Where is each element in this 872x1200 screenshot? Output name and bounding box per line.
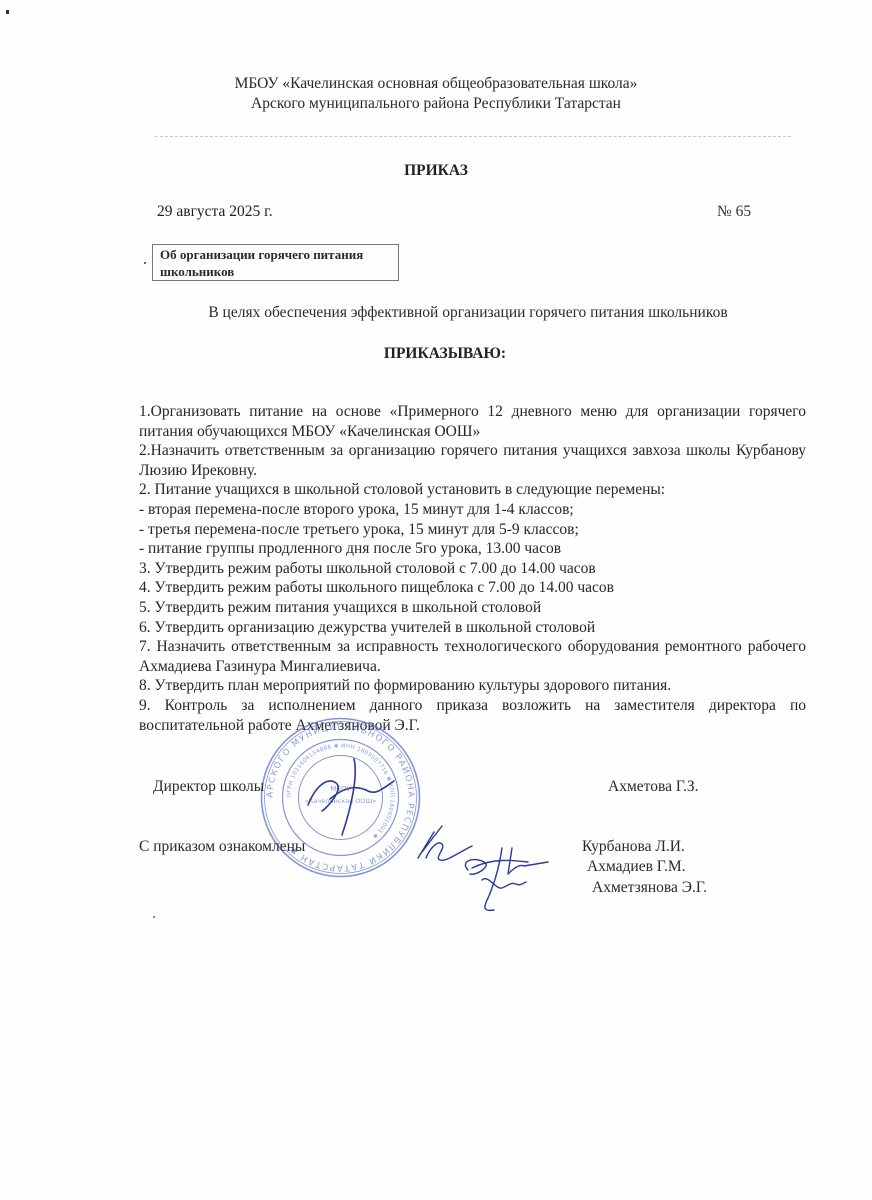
subject-line-2: школьников <box>160 263 398 280</box>
order-item: - вторая перемена-после второго урока, 1… <box>139 500 806 520</box>
order-item: 4. Утвердить режим работы школьного пище… <box>139 578 806 598</box>
subject-box: Об организации горячего питания школьник… <box>152 244 399 281</box>
header-divider <box>155 136 791 137</box>
order-item: 2.Назначить ответственным за организацию… <box>139 441 806 480</box>
acknowledged-name: Ахметзянова Э.Г. <box>592 879 707 897</box>
preamble: В целях обеспечения эффективной организа… <box>0 304 872 322</box>
acknowledged-name: Ахмадиев Г.М. <box>587 858 686 876</box>
school-district: Арского муниципального района Республики… <box>0 94 872 114</box>
order-item: 2. Питание учащихся в школьной столовой … <box>139 480 806 500</box>
stray-mark <box>144 262 146 264</box>
acknowledged-label: С приказом ознакомлены <box>139 838 305 856</box>
director-name: Ахметова Г.З. <box>608 778 699 796</box>
order-number: № 65 <box>717 203 751 221</box>
director-label: Директор школы <box>153 778 264 796</box>
order-item: 6. Утвердить организацию дежурства учите… <box>139 618 806 638</box>
order-item: 8. Утвердить план мероприятий по формиро… <box>139 676 806 696</box>
order-items: 1.Организовать питание на основе «Пример… <box>139 402 806 735</box>
order-item: 9. Контроль за исполнением данного прика… <box>139 696 806 735</box>
order-item: 1.Организовать питание на основе «Пример… <box>139 402 806 441</box>
order-item: 7. Назначить ответственным за исправност… <box>139 637 806 676</box>
decree-heading: ПРИКАЗЫВАЮ: <box>0 345 872 363</box>
scan-corner-mark <box>6 10 9 14</box>
svg-text:«Качелинская ООШ»: «Качелинская ООШ» <box>305 797 377 805</box>
order-item: 3. Утвердить режим работы школьной столо… <box>139 559 806 579</box>
scanned-document-page: МБОУ «Качелинская основная общеобразоват… <box>0 0 872 1200</box>
order-item: - питание группы продленного дня после 5… <box>139 539 806 559</box>
handwritten-signatures-icon <box>412 818 582 918</box>
school-name: МБОУ «Качелинская основная общеобразоват… <box>0 74 872 94</box>
order-date: 29 августа 2025 г. <box>157 203 273 221</box>
order-item: 5. Утвердить режим питания учащихся в шк… <box>139 598 806 618</box>
stray-mark <box>153 916 155 918</box>
subject-line-1: Об организации горячего питания <box>160 246 398 263</box>
document-title: ПРИКАЗ <box>0 162 872 180</box>
acknowledged-name: Курбанова Л.И. <box>582 838 685 856</box>
school-header: МБОУ «Качелинская основная общеобразоват… <box>0 74 872 114</box>
order-item: - третья перемена-после третьего урока, … <box>139 520 806 540</box>
